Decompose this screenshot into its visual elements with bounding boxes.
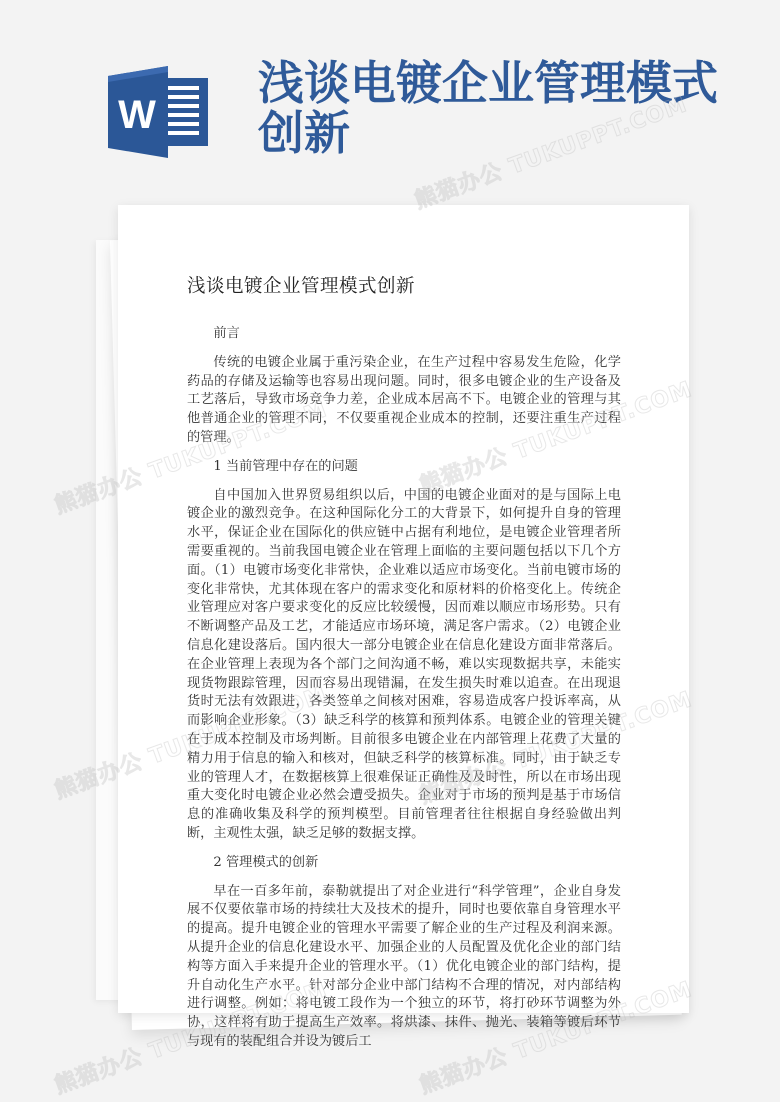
document-page: 浅谈电镀企业管理模式创新 前言 传统的电镀企业属于重污染企业，在生产过程中容易发… [118,205,689,1013]
word-icon-letter: W [118,93,156,137]
header-title: 浅谈电镀企业管理模式创新 [258,58,728,158]
section-heading-preface: 前言 [187,325,621,344]
document-body: 前言 传统的电镀企业属于重污染企业，在生产过程中容易发生危险，化学药品的存储及运… [187,317,621,1062]
paragraph-problems: 自中国加入世界贸易组织以后，中国的电镀企业面对的是与国际上电镀企业的激烈竞争。在… [187,487,621,844]
word-document-icon: W [108,66,208,158]
section-heading-innovation: 2 管理模式的创新 [187,854,621,873]
document-title: 浅谈电镀企业管理模式创新 [187,275,415,299]
paragraph-innovation: 早在一百多年前，泰勒就提出了对企业进行“科学管理”，企业自身发展不仅要依靠市场的… [187,883,621,1052]
section-heading-problems: 1 当前管理中存在的问题 [187,458,621,477]
paragraph-preface: 传统的电镀企业属于重污染企业，在生产过程中容易发生危险，化学药品的存储及运输等也… [187,354,621,448]
